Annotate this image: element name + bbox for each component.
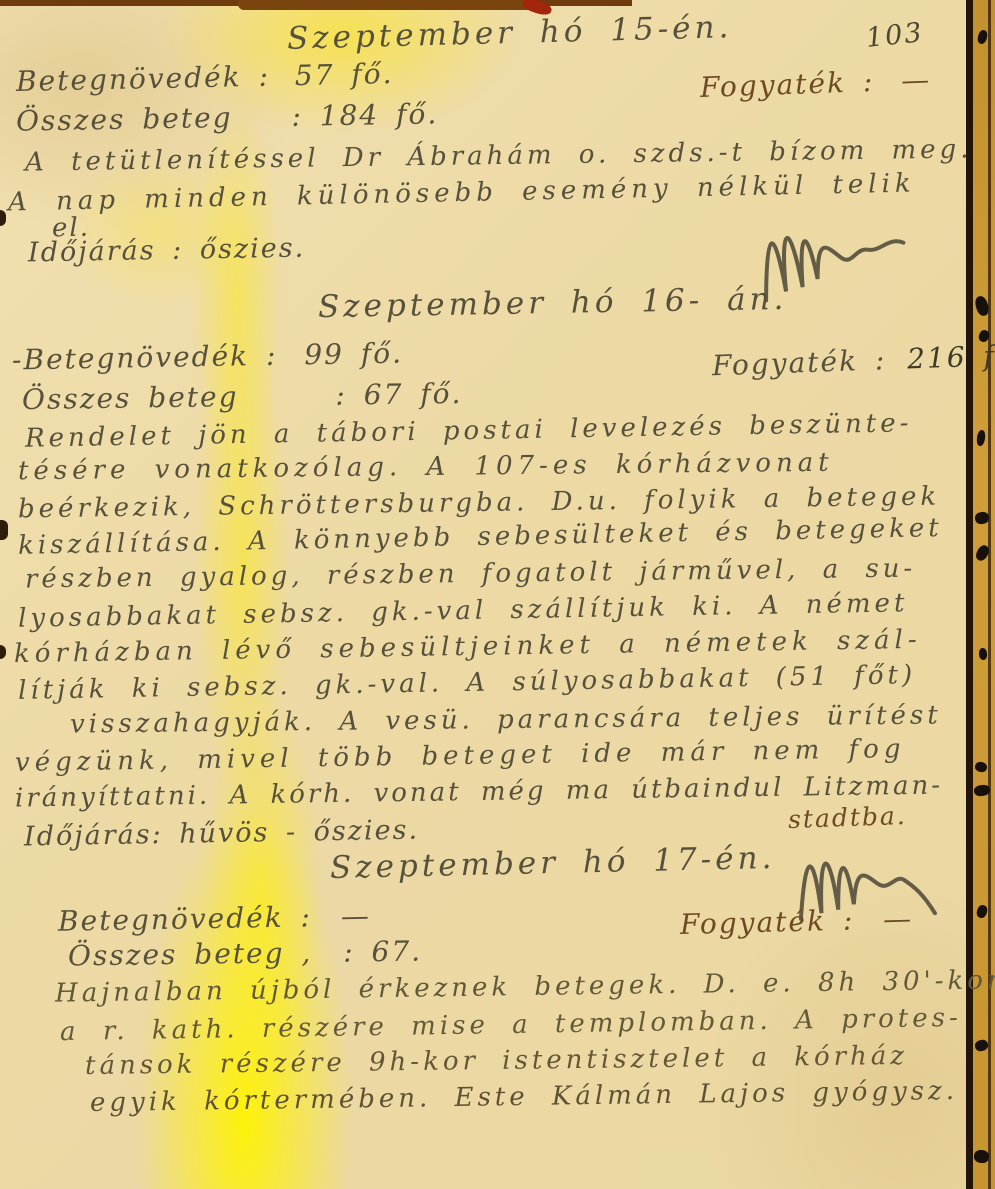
- diary-line: lyosabbakat sebsz. gk.-val szállítjuk ki…: [18, 590, 909, 632]
- stat-admissions-label: Betegnövedék :: [58, 900, 313, 937]
- stat-total-value: : 67.: [343, 935, 422, 969]
- left-edge-mark: [0, 210, 6, 226]
- top-edge-strip: [238, 0, 538, 10]
- diary-line: a r. kath. részére mise a templomban. A …: [60, 1005, 962, 1045]
- binding-edge-line: [988, 0, 991, 1189]
- stat-admissions-value: —: [341, 899, 372, 933]
- diary-line: egyik kórtermében. Este Kálmán Lajos gyó…: [90, 1078, 958, 1116]
- binding-mark: [978, 648, 987, 661]
- stat-admissions-label: Betegnövedék :: [16, 60, 271, 98]
- entry-heading: Szeptember hó 15-én.: [287, 12, 733, 55]
- diary-line: Hajnalban újból érkeznek betegek. D. e. …: [55, 967, 995, 1006]
- diary-line: tánsok részére 9h-kor istentisztelet a k…: [85, 1043, 908, 1079]
- diary-line: visszahagyják. A vesü. parancsára teljes…: [70, 702, 942, 737]
- weather-line: Időjárás : őszies.: [28, 235, 306, 267]
- left-edge-mark: [0, 520, 8, 540]
- entry-heading: Szeptember hó 17-én.: [330, 843, 776, 884]
- diary-line: végzünk, mivel több beteget ide már nem …: [15, 736, 906, 776]
- stat-losses: Fogyaték : —: [700, 66, 932, 102]
- stat-admissions-label: -Betegnövedék :: [12, 339, 278, 377]
- stat-admissions-value: 57 fő.: [294, 57, 393, 92]
- stat-admissions: Betegnövedék : —: [58, 902, 371, 935]
- stat-losses: Fogyaték : —: [680, 905, 914, 939]
- entry-heading: Szeptember hó 16- án.: [318, 284, 788, 323]
- stat-admissions: Betegnövedék : 57 fő.: [16, 60, 394, 96]
- stat-total-value: : 184 fő.: [291, 97, 438, 133]
- stat-admissions: -Betegnövedék : 99 fő.: [12, 340, 403, 375]
- stat-losses-value: 216 fő: [907, 339, 995, 376]
- diary-line: stadtba.: [788, 803, 907, 832]
- page-number: 103: [865, 19, 925, 52]
- left-edge-mark: [0, 645, 6, 659]
- diary-line: lítják ki sebsz. gk.-val. A súlyosabbaka…: [18, 662, 916, 704]
- stat-total-value: : 67 fő.: [335, 377, 462, 412]
- diary-line: kórházban lévő sebesültjeinket a németek…: [14, 627, 922, 667]
- stat-losses: Fogyaték : 216 fő: [712, 342, 995, 381]
- binding-edge-line: [966, 0, 973, 1189]
- diary-page-scan: 103 Szeptember hó 15-én. Betegnövedék : …: [0, 0, 995, 1189]
- stat-losses-value: —: [901, 63, 932, 97]
- stat-losses-label: Fogyaték :: [680, 903, 855, 941]
- stat-total: Összes beteg : 184 fő.: [16, 100, 439, 135]
- stat-losses-value: —: [883, 902, 914, 936]
- binding-edge-strip: [973, 0, 995, 1189]
- stat-total: Összes beteg : 67 fő.: [22, 380, 463, 414]
- diary-line: részben gyalog, részben fogatolt járműve…: [25, 556, 917, 593]
- diary-line: Rendelet jön a tábori postai levelezés b…: [25, 410, 913, 451]
- weather-line: Időjárás: hűvös - őszies.: [24, 817, 419, 851]
- stat-losses-label: Fogyaték :: [699, 65, 874, 104]
- stat-total-label: Összes beteg: [16, 101, 233, 138]
- stat-total: Összes beteg , : 67.: [68, 938, 422, 971]
- stat-admissions-value: 99 fő.: [304, 337, 403, 372]
- diary-line: tésére vonatkozólag. A 107-es kórházvona…: [18, 450, 834, 485]
- stat-total-label: Összes beteg ,: [68, 936, 313, 972]
- stat-losses-label: Fogyaték :: [711, 343, 886, 382]
- stat-total-label: Összes beteg: [22, 380, 239, 416]
